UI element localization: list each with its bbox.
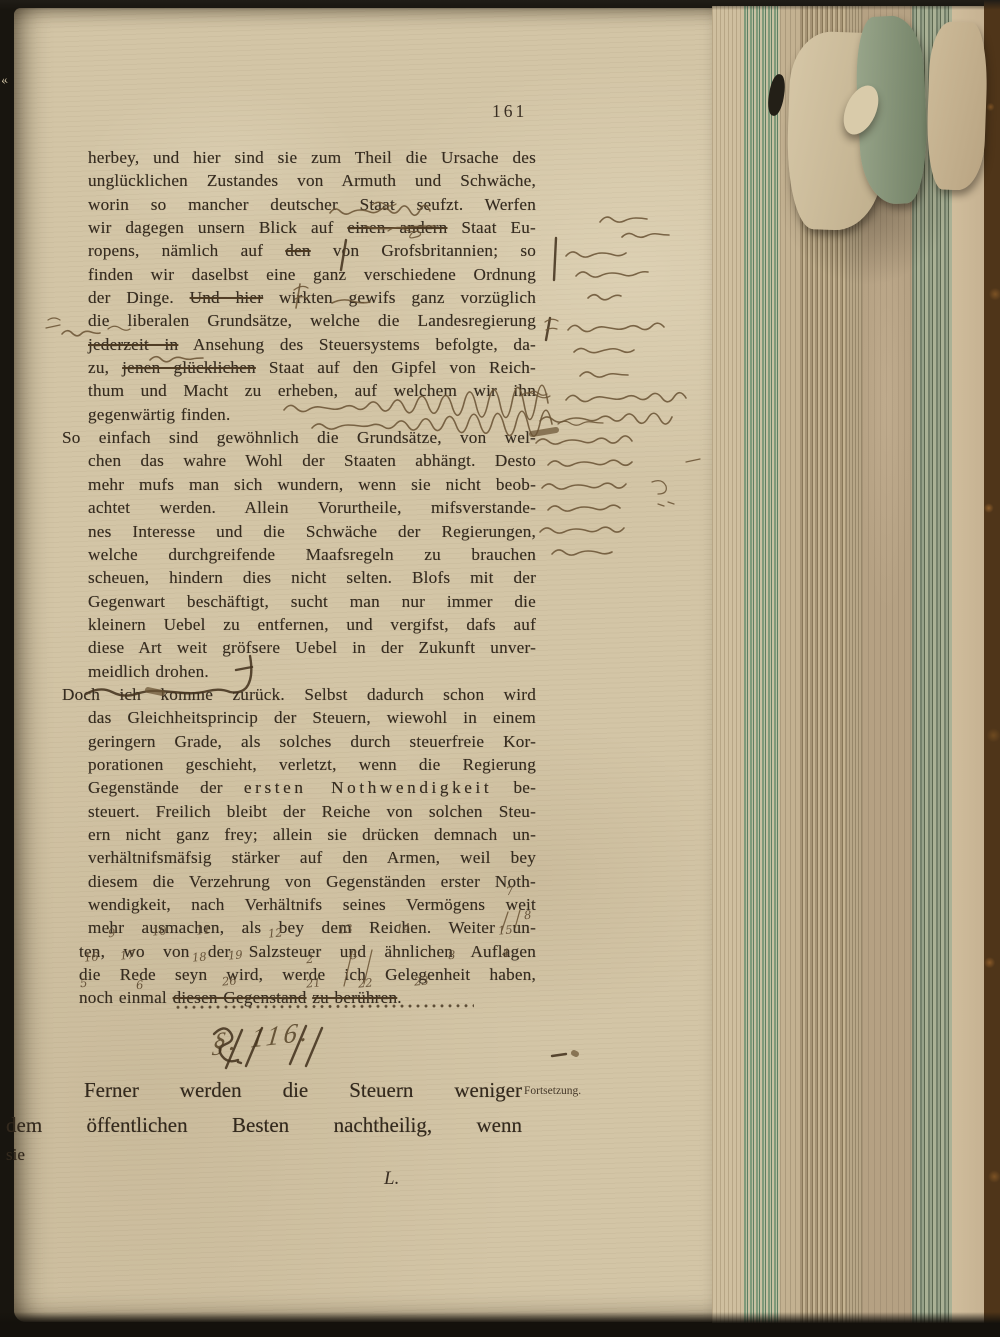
text-line: wendigkeit, nach Verhältnifs seines Verm… bbox=[88, 893, 536, 916]
text-line: worin so mancher deutscher Staat seufzt.… bbox=[88, 193, 536, 216]
fore-edge-band bbox=[712, 6, 744, 1324]
text-line: Gegenstände der ersten Nothwendigkeit be… bbox=[88, 776, 536, 799]
text-line: Gegenwart beschäftigt, sucht man nur imm… bbox=[88, 590, 536, 613]
closing-line: dem öffentlichen Besten nachtheilig, wen… bbox=[6, 1112, 522, 1138]
text-line: So einfach sind gewöhnlich die Grundsätz… bbox=[62, 426, 536, 449]
text-line: mehr ausmachen, als bey dem Reichen. Wei… bbox=[88, 916, 536, 939]
text-line: porationen geschieht, verletzt, wenn die… bbox=[88, 753, 536, 776]
text-line: gegenwärtig finden. bbox=[88, 403, 536, 426]
struck-text: den bbox=[285, 241, 310, 260]
text-line: ropens, nämlich auf den von Grofsbritann… bbox=[88, 239, 536, 262]
fore-edge-band bbox=[952, 6, 984, 1324]
text-line: ten, wo von der Salzsteuer und ähnlichen… bbox=[79, 940, 536, 963]
text-line: das Gleichheitsprincip der Steuern, wiew… bbox=[88, 706, 536, 729]
struck-text: einen andern bbox=[347, 218, 447, 237]
marbled-cover-edge bbox=[984, 0, 1000, 1337]
text-line: meidlich drohen. bbox=[88, 660, 536, 683]
text-line: wir dagegen unsern Blick auf einen ander… bbox=[88, 216, 536, 239]
text-line: steuert. Freilich bleibt der Reiche von … bbox=[88, 800, 536, 823]
left-edge-mark: « bbox=[0, 71, 9, 88]
text-line: geringern Grade, als solches durch steue… bbox=[88, 730, 536, 753]
struck-text: jenen glücklichen bbox=[122, 358, 256, 377]
printed-text-block: herbey, und hier sind sie zum Theil die … bbox=[88, 146, 536, 1010]
text-line: diese Art weit gröfsere Uebel in der Zuk… bbox=[88, 636, 536, 659]
gathering-signature: L. bbox=[384, 1168, 399, 1190]
text-line: scheuen, hindern dies nicht selten. Blof… bbox=[88, 566, 536, 589]
book-scan: « 161 herbey, und hier sind sie zum Thei… bbox=[0, 0, 1000, 1337]
struck-text: jederzeit in bbox=[88, 335, 178, 354]
text-line: mehr mufs man sich wundern, wenn sie nic… bbox=[88, 473, 536, 496]
emphasized-text: ersten Nothwendigkeit bbox=[244, 778, 492, 797]
text-line: unglücklichen Zustandes von Armuth und S… bbox=[88, 169, 536, 192]
text-line: chen das wahre Wohl der Staaten abhängt.… bbox=[88, 449, 536, 472]
text-line: die Rede seyn wird, werde ich Gelegenhei… bbox=[79, 963, 536, 986]
text-line: welche durchgreifende Maafsregeln zu bra… bbox=[88, 543, 536, 566]
text-line: herbey, und hier sind sie zum Theil die … bbox=[88, 146, 536, 169]
struck-text: Und hier bbox=[190, 288, 264, 307]
text-line: thum und Macht zu erheben, auf welchem w… bbox=[88, 379, 536, 402]
text-line: der Dinge. Und hier wirkten gewifs ganz … bbox=[88, 286, 536, 309]
fore-edge-band-green bbox=[744, 6, 780, 1324]
top-shadow bbox=[0, 0, 1000, 10]
bottom-shadow bbox=[0, 1312, 1000, 1337]
text-line: achtet werden. Allein Vorurtheile, mifsv… bbox=[88, 496, 536, 519]
text-line: finden wir daselbst eine ganz verschiede… bbox=[88, 263, 536, 286]
text-line: ern nicht ganz frey; allein sie drücken … bbox=[88, 823, 536, 846]
text-line: die liberalen Grundsätze, welche die Lan… bbox=[88, 309, 536, 332]
text-line: jederzeit in Ansehung des Steuersystems … bbox=[88, 333, 536, 356]
printed-margin-note: Fortsetzung. bbox=[524, 1085, 581, 1097]
text-line: nes Interesse und die Schwäche der Regie… bbox=[88, 520, 536, 543]
text-line: kleinern Uebel zu entfernen, und vergifs… bbox=[88, 613, 536, 636]
page-number: 161 bbox=[492, 101, 527, 122]
text-line: verhältnifsmäfsig stärker auf den Armen,… bbox=[88, 846, 536, 869]
text-line: zu, jenen glücklichen Staat auf den Gipf… bbox=[88, 356, 536, 379]
closing-line: sie bbox=[6, 1142, 66, 1168]
closing-line: Ferner werden die Steuern weniger bbox=[84, 1077, 522, 1103]
text-line: Doch ich komme zurück. Selbst dadurch sc… bbox=[62, 683, 536, 706]
text-line: diesem die Verzehrung von Gegenständen e… bbox=[88, 870, 536, 893]
torn-paper-flap bbox=[925, 21, 989, 191]
